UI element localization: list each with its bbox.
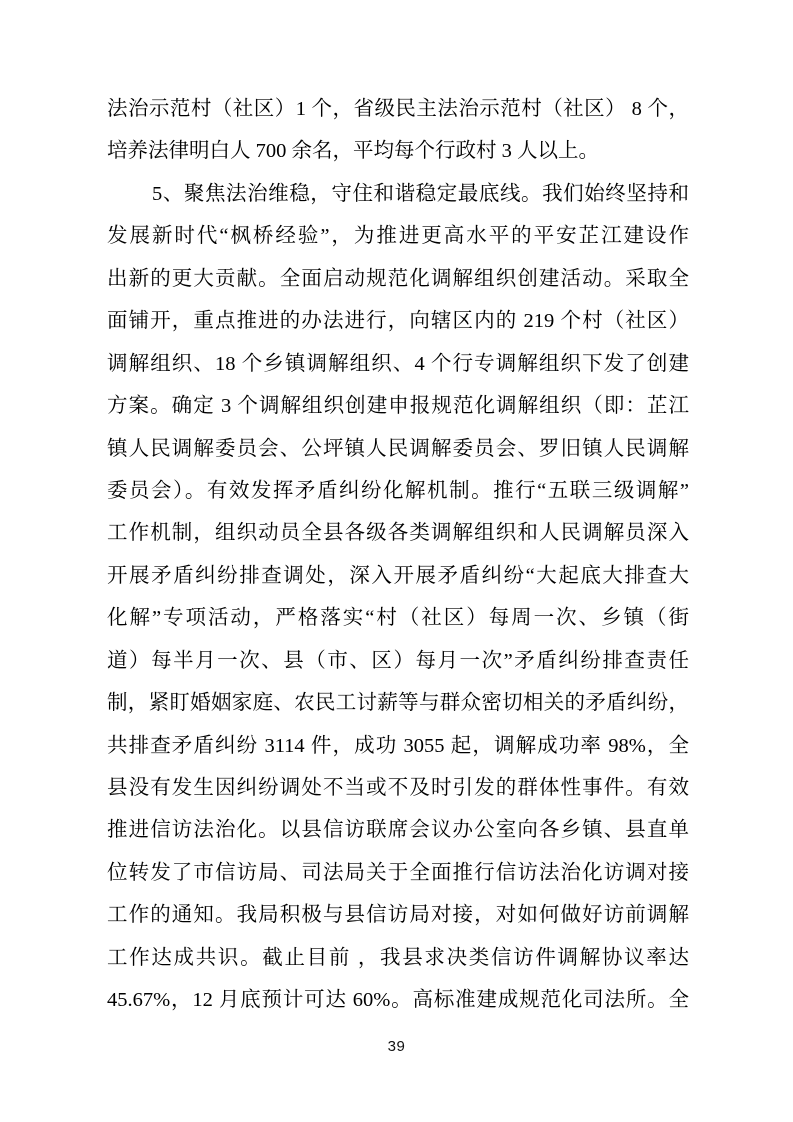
- text-line: 位转发了市信访局、司法局关于全面推行信访法治化访调对接: [107, 852, 689, 894]
- text-line: 县没有发生因纠纷调处不当或不及时引发的群体性事件。有效: [107, 767, 689, 809]
- text-line: 方案。确定 3 个调解组织创建申报规范化调解组织（即：芷江: [107, 385, 689, 427]
- text-line: 工作达成共识。截止目前 ，我县求决类信访件调解协议率达: [107, 937, 689, 979]
- text-line: 发展新时代“枫桥经验”，为推进更高水平的平安芷江建设作: [107, 215, 689, 257]
- document-page: 法治示范村（社区）1 个，省级民主法治示范村（社区） 8 个， 培养法律明白人 …: [0, 0, 793, 1122]
- text-line: 出新的更大贡献。全面启动规范化调解组织创建活动。采取全: [107, 258, 689, 300]
- text-line: 道）每半月一次、县（市、区）每月一次”矛盾纠纷排查责任: [107, 640, 689, 682]
- text-line: 面铺开，重点推进的办法进行，向辖区内的 219 个村（社区）: [107, 300, 689, 342]
- text-line: 委员会）。有效发挥矛盾纠纷化解机制。推行“五联三级调解”: [107, 470, 689, 512]
- text-line: 法治示范村（社区）1 个，省级民主法治示范村（社区） 8 个，: [107, 88, 689, 130]
- text-line: 化解”专项活动，严格落实“村（社区）每周一次、乡镇（街: [107, 597, 689, 639]
- text-line: 工作机制，组织动员全县各级各类调解组织和人民调解员深入: [107, 512, 689, 554]
- text-line: 制，紧盯婚姻家庭、农民工讨薪等与群众密切相关的矛盾纠纷，: [107, 682, 689, 724]
- text-line: 工作的通知。我局积极与县信访局对接，对如何做好访前调解: [107, 894, 689, 936]
- text-line: 调解组织、18 个乡镇调解组织、4 个行专调解组织下发了创建: [107, 343, 689, 385]
- page-number: 39: [0, 1038, 793, 1055]
- text-line: 推进信访法治化。以县信访联席会议办公室向各乡镇、县直单: [107, 809, 689, 851]
- text-line: 共排查矛盾纠纷 3114 件，成功 3055 起，调解成功率 98%，全: [107, 725, 689, 767]
- text-line: 镇人民调解委员会、公坪镇人民调解委员会、罗旧镇人民调解: [107, 428, 689, 470]
- text-line: 45.67%，12 月底预计可达 60%。高标准建成规范化司法所。全: [107, 979, 689, 1021]
- text-line: 开展矛盾纠纷排查调处，深入开展矛盾纠纷“大起底大排查大: [107, 555, 689, 597]
- text-line: 培养法律明白人 700 余名，平均每个行政村 3 人以上。: [107, 130, 689, 172]
- text-line: 5、聚焦法治维稳，守住和谐稳定最底线。我们始终坚持和: [107, 173, 689, 215]
- document-body: 法治示范村（社区）1 个，省级民主法治示范村（社区） 8 个， 培养法律明白人 …: [107, 88, 689, 1022]
